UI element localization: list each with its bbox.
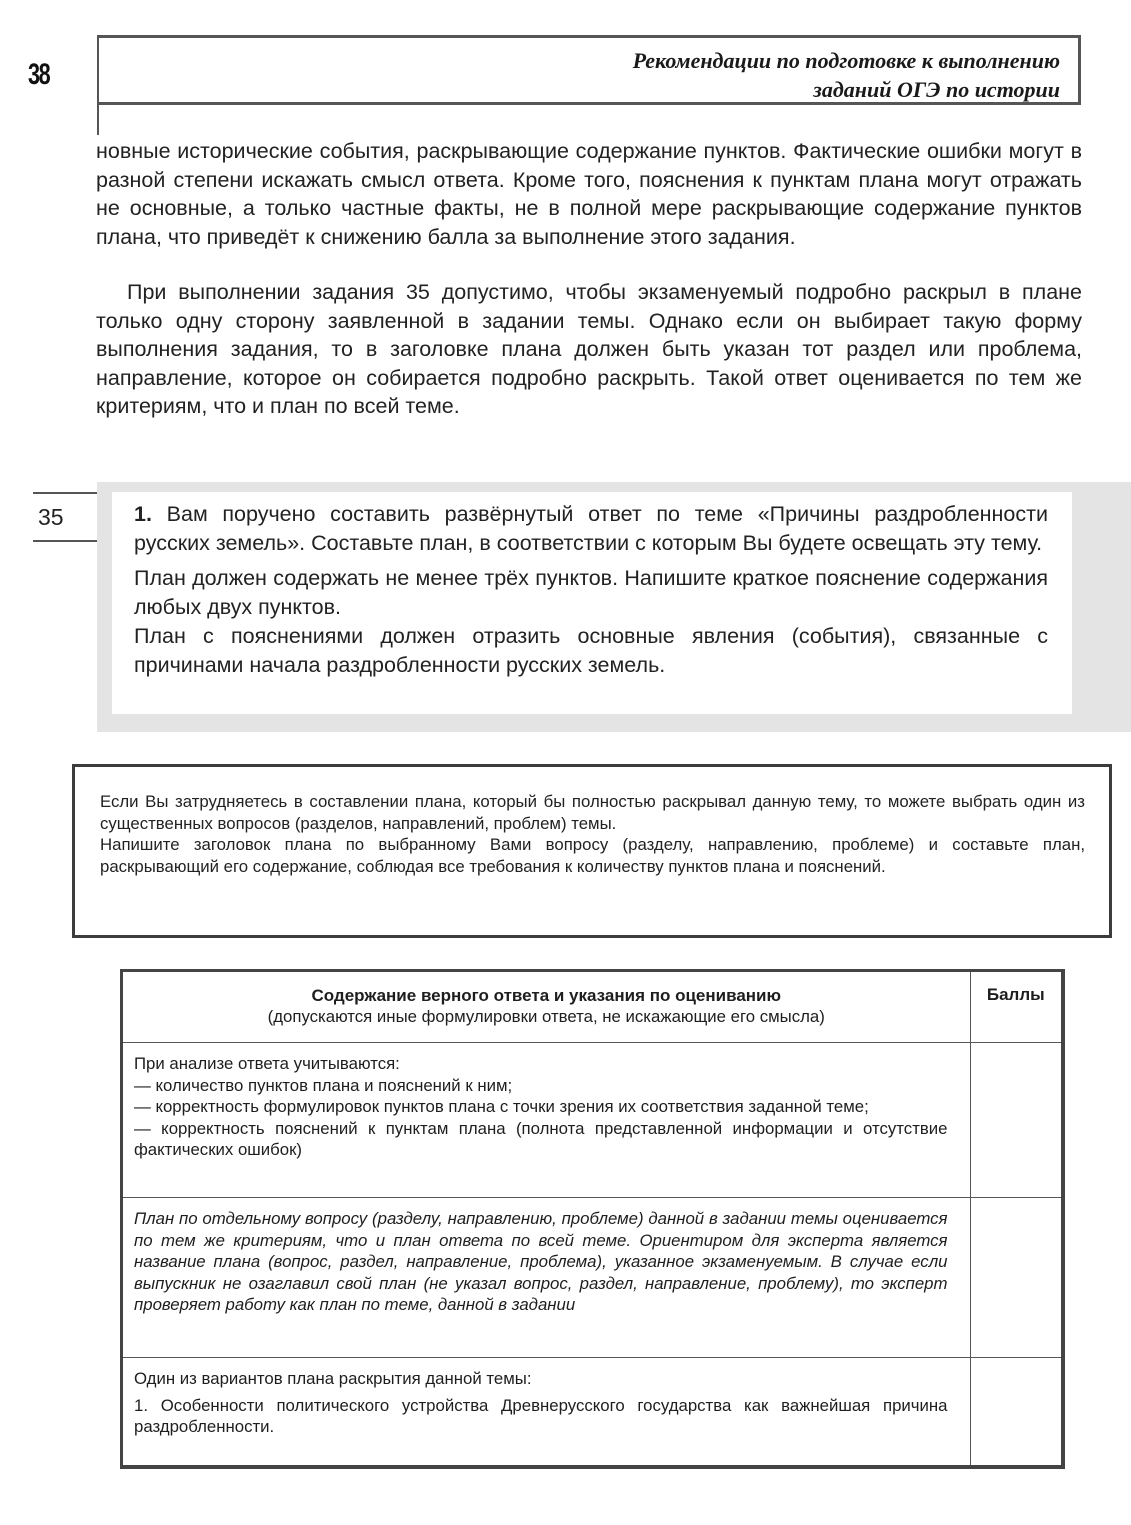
task-number-rule-bottom <box>33 540 97 542</box>
criteria-table: Содержание верного ответа и указания по … <box>120 969 1065 1469</box>
criteria-item: — корректность формулировок пунктов план… <box>134 1096 948 1118</box>
header-sub: (допускаются иные формулировки ответа, н… <box>123 1006 970 1027</box>
table-row: Один из вариантов плана раскрытия данной… <box>123 1358 1061 1466</box>
body-paragraph-1: новные исторические события, раскрывающи… <box>96 137 1082 251</box>
header-score: Баллы <box>970 972 1061 1043</box>
paragraph-text: новные исторические события, раскрывающи… <box>96 137 1082 251</box>
info-box-text: Если Вы затрудняетесь в составлении план… <box>100 791 1085 877</box>
task-statement-text: Вам поручено составить развёрнутый ответ… <box>134 502 1048 555</box>
criteria-item: — корректность пояснений к пунктам плана… <box>134 1118 948 1161</box>
score-cell <box>970 1198 1061 1358</box>
table-row: План по отдельному вопросу (разделу, нап… <box>123 1198 1061 1358</box>
header-rule <box>97 105 99 135</box>
task-requirement: План должен содержать не менее трёх пунк… <box>134 564 1048 622</box>
body-paragraph-2: При выполнении задания 35 допустимо, что… <box>96 278 1082 421</box>
variant-item: 1. Особенности политического устройства … <box>134 1395 948 1438</box>
task-number-rule-top <box>33 492 97 494</box>
paragraph-text: При выполнении задания 35 допустимо, что… <box>96 278 1082 421</box>
info-text-2: Напишите заголовок плана по выбранному В… <box>100 834 1085 877</box>
table-header-row: Содержание верного ответа и указания по … <box>123 972 1061 1043</box>
score-cell <box>970 1043 1061 1198</box>
table-row: При анализе ответа учитываются: — количе… <box>123 1043 1061 1198</box>
task-requirement-2: План с пояснениями должен отразить основ… <box>134 622 1048 680</box>
task-statement: 1. Вам поручено составить развёрнутый от… <box>134 500 1048 558</box>
task-label: 1. <box>134 502 152 526</box>
criteria-cell: При анализе ответа учитываются: — количе… <box>123 1043 970 1198</box>
header-title-line-1: Рекомендации по подготовке к выполнению <box>633 46 1060 75</box>
page-number: 38 <box>28 58 60 92</box>
task-number: 35 <box>38 504 98 531</box>
variant-cell: Один из вариантов плана раскрытия данной… <box>123 1358 970 1466</box>
info-text-1: Если Вы затрудняетесь в составлении план… <box>100 791 1085 834</box>
running-header: Рекомендации по подготовке к выполнению … <box>97 35 1081 105</box>
score-cell <box>970 1358 1061 1466</box>
italic-note: План по отдельному вопросу (разделу, нап… <box>134 1208 948 1316</box>
task-text: 1. Вам поручено составить развёрнутый от… <box>134 500 1048 680</box>
criteria-item: — количество пунктов плана и пояснений к… <box>134 1075 948 1097</box>
note-cell: План по отдельному вопросу (разделу, нап… <box>123 1198 970 1358</box>
header-main: Содержание верного ответа и указания по … <box>123 985 970 1006</box>
header-content: Содержание верного ответа и указания по … <box>123 972 970 1043</box>
variant-intro: Один из вариантов плана раскрытия данной… <box>134 1368 948 1390</box>
header-title-line-2: заданий ОГЭ по истории <box>633 75 1060 104</box>
criteria-intro: При анализе ответа учитываются: <box>134 1053 948 1075</box>
running-header-title: Рекомендации по подготовке к выполнению … <box>633 46 1060 104</box>
